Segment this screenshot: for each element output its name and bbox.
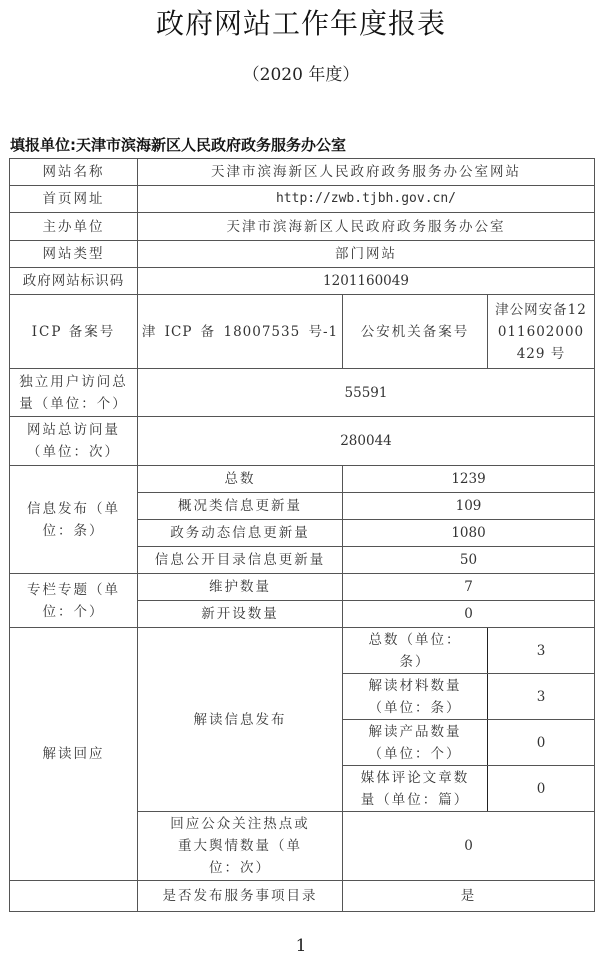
table-row: 政府网站标识码 1201160049 bbox=[10, 268, 595, 295]
info-release-row-label: 概况类信息更新量 bbox=[138, 493, 343, 520]
info-release-row-value: 50 bbox=[343, 547, 595, 574]
homepage-url-value: http://zwb.tjbh.gov.cn/ bbox=[138, 186, 595, 213]
public-response-value: 0 bbox=[343, 812, 595, 881]
service-catalog-value: 是 bbox=[343, 881, 595, 912]
service-catalog-label: 是否发布服务事项目录 bbox=[138, 881, 343, 912]
table-row: 首页网址 http://zwb.tjbh.gov.cn/ bbox=[10, 186, 595, 213]
info-release-row-value: 1080 bbox=[343, 520, 595, 547]
columns-label: 专栏专题（单位：个） bbox=[10, 574, 138, 628]
info-release-label: 信息发布（单位：条） bbox=[10, 466, 138, 574]
icp-value: 津 ICP 备 18007535 号-1 bbox=[138, 295, 343, 369]
table-row: 网站名称 天津市滨海新区人民政府政务服务办公室网站 bbox=[10, 159, 595, 186]
interpretation-label: 解读回应 bbox=[10, 628, 138, 881]
site-name-value: 天津市滨海新区人民政府政务服务办公室网站 bbox=[138, 159, 595, 186]
info-release-row-label: 信息公开目录信息更新量 bbox=[138, 547, 343, 574]
document-title: 政府网站工作年度报表 bbox=[0, 2, 602, 42]
total-visits-label: 网站总访问量（单位：次） bbox=[10, 417, 138, 466]
site-id-code-label: 政府网站标识码 bbox=[10, 268, 138, 295]
interpretation-row-value: 3 bbox=[488, 628, 595, 674]
table-row: 主办单位 天津市滨海新区人民政府政务服务办公室 bbox=[10, 213, 595, 241]
interpretation-row-value: 0 bbox=[488, 766, 595, 812]
interpretation-release-label: 解读信息发布 bbox=[138, 628, 343, 812]
interpretation-row-label: 总数（单位：条） bbox=[343, 628, 488, 674]
page-number: 1 bbox=[0, 936, 602, 956]
interpretation-row-value: 0 bbox=[488, 720, 595, 766]
table-row: 解读回应 解读信息发布 总数（单位：条） 3 bbox=[10, 628, 595, 674]
columns-row-value: 0 bbox=[343, 601, 595, 628]
interpretation-row-value: 3 bbox=[488, 674, 595, 720]
total-visits-value: 280044 bbox=[138, 417, 595, 466]
unique-visitors-label: 独立用户访问总量（单位：个） bbox=[10, 369, 138, 417]
site-name-label: 网站名称 bbox=[10, 159, 138, 186]
table-row: 信息发布（单位：条） 总数 1239 bbox=[10, 466, 595, 493]
table-row: 网站类型 部门网站 bbox=[10, 241, 595, 268]
info-release-row-label: 政务动态信息更新量 bbox=[138, 520, 343, 547]
public-response-label: 回应公众关注热点或重大舆情数量（单位：次） bbox=[138, 812, 343, 881]
annual-report-table: 网站名称 天津市滨海新区人民政府政务服务办公室网站 首页网址 http://zw… bbox=[9, 158, 595, 912]
empty-cell bbox=[10, 881, 138, 912]
site-id-code-value: 1201160049 bbox=[138, 268, 595, 295]
document-subtitle: （2020 年度） bbox=[0, 60, 602, 85]
columns-row-value: 7 bbox=[343, 574, 595, 601]
police-record-value: 津公网安备12011602000429 号 bbox=[488, 295, 595, 369]
organizer-value: 天津市滨海新区人民政府政务服务办公室 bbox=[138, 213, 595, 241]
police-record-label: 公安机关备案号 bbox=[343, 295, 488, 369]
reporting-unit: 填报单位:天津市滨海新区人民政府政务服务办公室 bbox=[10, 134, 346, 155]
unique-visitors-value: 55591 bbox=[138, 369, 595, 417]
organizer-label: 主办单位 bbox=[10, 213, 138, 241]
icp-label: ICP 备案号 bbox=[10, 295, 138, 369]
info-release-row-value: 109 bbox=[343, 493, 595, 520]
interpretation-row-label: 解读产品数量（单位：个） bbox=[343, 720, 488, 766]
interpretation-row-label: 媒体评论文章数量（单位：篇） bbox=[343, 766, 488, 812]
columns-row-label: 新开设数量 bbox=[138, 601, 343, 628]
info-release-row-value: 1239 bbox=[343, 466, 595, 493]
site-type-value: 部门网站 bbox=[138, 241, 595, 268]
homepage-url-label: 首页网址 bbox=[10, 186, 138, 213]
info-release-row-label: 总数 bbox=[138, 466, 343, 493]
table-row: 专栏专题（单位：个） 维护数量 7 bbox=[10, 574, 595, 601]
site-type-label: 网站类型 bbox=[10, 241, 138, 268]
interpretation-row-label: 解读材料数量（单位：条） bbox=[343, 674, 488, 720]
table-row: 网站总访问量（单位：次） 280044 bbox=[10, 417, 595, 466]
columns-row-label: 维护数量 bbox=[138, 574, 343, 601]
table-row: 是否发布服务事项目录 是 bbox=[10, 881, 595, 912]
table-row: ICP 备案号 津 ICP 备 18007535 号-1 公安机关备案号 津公网… bbox=[10, 295, 595, 369]
table-row: 独立用户访问总量（单位：个） 55591 bbox=[10, 369, 595, 417]
